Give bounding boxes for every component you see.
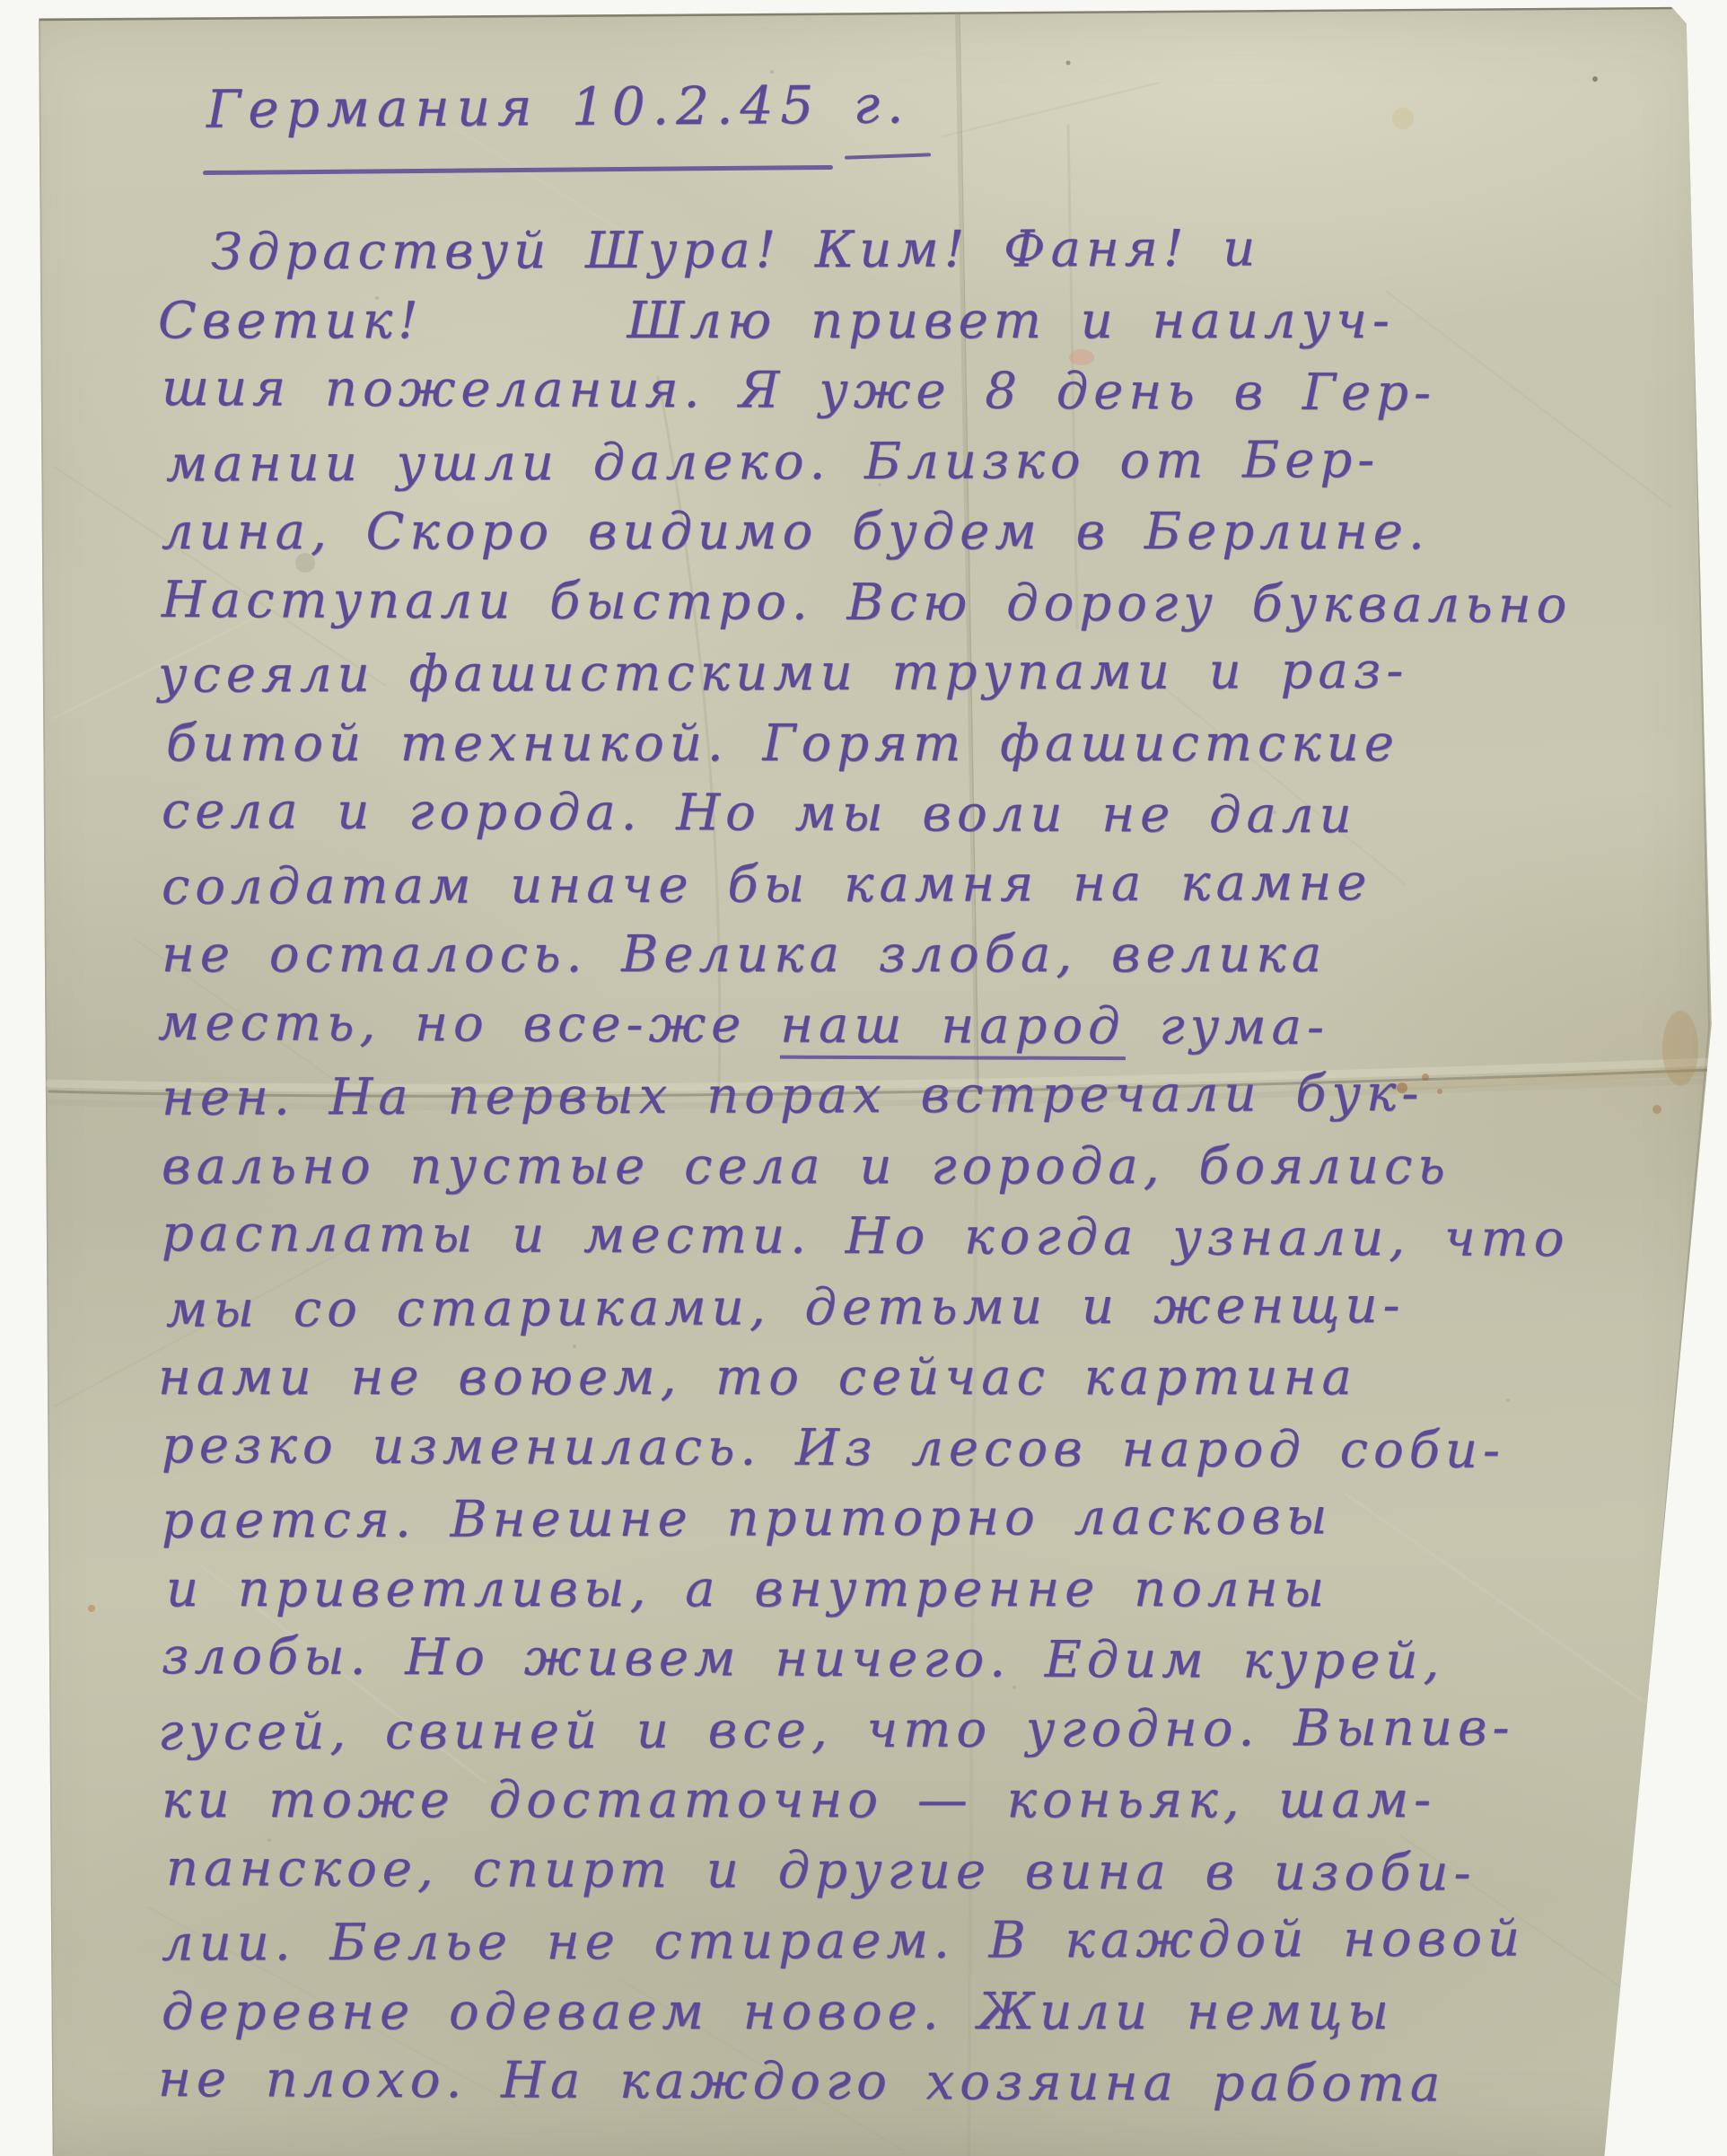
letter-line: Наступали быстро. Всю дорогу буквально bbox=[162, 565, 1573, 641]
letter-line: солдатам иначе бы камня на камне bbox=[162, 847, 1573, 923]
letter-line: панское, спирт и другие вина в изоби- bbox=[166, 1833, 1573, 1909]
letter-line: гусей, свиней и все, что угодно. Выпив- bbox=[158, 1693, 1573, 1768]
heading-underline-short bbox=[845, 153, 931, 159]
letter-line: резко изменилась. Из лесов народ соби- bbox=[162, 1410, 1573, 1486]
letter-line: усеяли фашистскими трупами и раз- bbox=[158, 635, 1573, 711]
letter-line: мы со стариками, детьми и женщи- bbox=[166, 1270, 1573, 1345]
letter-line: не осталось. Велика злоба, велика bbox=[162, 920, 1572, 991]
letter-line: битой техникой. Горят фашистские bbox=[166, 709, 1572, 780]
letter-line: нен. На первых порах встречали бук- bbox=[162, 1058, 1573, 1134]
letter-line: и приветливы, а внутренне полны bbox=[166, 1555, 1572, 1626]
letter-line: вально пустые села и города, боялись bbox=[162, 1132, 1572, 1203]
letter-content: Германия 10.2.45 г. Здраствуй Шура! Ким!… bbox=[0, 0, 1727, 2156]
letter-line: деревне одеваем новое. Жили немцы bbox=[162, 1977, 1572, 2048]
letter-line: лина, Скоро видимо будем в Берлине. bbox=[162, 497, 1572, 568]
letter-line: расплаты и мести. Но когда узнали, что bbox=[162, 1199, 1573, 1275]
letter-line: месть, но все-же наш народ гума- bbox=[158, 987, 1573, 1064]
letter-line: села и города. Но мы воли не дали bbox=[162, 776, 1573, 853]
letter-body: Здраствуй Шура! Ким! Фаня! иСветик! Шлю … bbox=[162, 215, 1572, 2118]
letter-heading: Германия 10.2.45 г. bbox=[206, 73, 911, 140]
letter-line: нами не воюем, то сейчас картина bbox=[158, 1343, 1572, 1414]
scan-background: Германия 10.2.45 г. Здраствуй Шура! Ким!… bbox=[0, 0, 1727, 2156]
letter-line: лии. Белье не стираем. В каждой новой bbox=[162, 1904, 1573, 1979]
letter-line: не плохо. На каждого хозяина работа bbox=[158, 2045, 1573, 2121]
letter-line: ки тоже достаточно — коньяк, шам- bbox=[162, 1766, 1572, 1836]
letter-paper: Германия 10.2.45 г. Здраствуй Шура! Ким!… bbox=[0, 0, 1727, 2156]
heading-underline-main bbox=[203, 165, 833, 175]
letter-line: рается. Внешне приторно ласковы bbox=[162, 1481, 1573, 1556]
letter-line: злобы. Но живем ничего. Едим курей, bbox=[162, 1622, 1573, 1698]
letter-line: Светик! Шлю привет и наилуч- bbox=[158, 286, 1572, 357]
hand-underline: наш народ bbox=[780, 995, 1126, 1059]
letter-line: мании ушли далеко. Близко от Бер- bbox=[166, 425, 1573, 500]
letter-line: шия пожелания. Я уже 8 день в Гер- bbox=[162, 354, 1573, 430]
letter-line: Здраствуй Шура! Ким! Фаня! и bbox=[162, 213, 1573, 288]
